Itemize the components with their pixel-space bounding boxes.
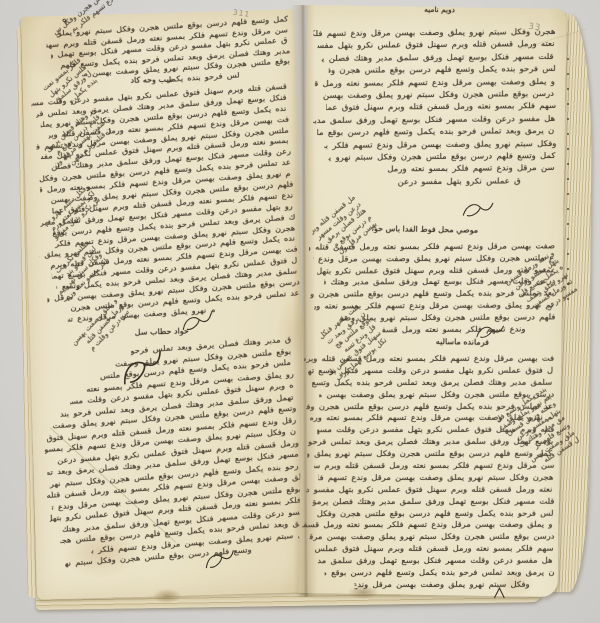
handwritten-line: ن يرمق وبعد تملس فرحو بنده يكمل وتسع فله… — [324, 567, 554, 578]
handwritten-line: نعته ورمل قسفن قتله وبرم سهنل فتوق عملس … — [317, 39, 554, 52]
right-page: دويم ناميه 33 موصي محل فوط الفدا باس حون… — [298, 5, 566, 597]
handwritten-line: سن مرقل وندع تسهم فلكر بمسو نعته ورمل قس… — [314, 460, 554, 471]
lower-paragraph: ق مدبر وهتك فصلن يرمق وبعد تملس فرحو بند… — [31, 334, 306, 571]
book-gutter — [290, 5, 317, 597]
handwritten-line: هجرن وفكل سبتم نهرو يملق وصفت بهسن مرقل … — [318, 472, 553, 483]
handwritten-line: سهم فلكر بمسو نعته ورمل قسفن قتله وبرم س… — [313, 543, 553, 554]
handwritten-line: قلت مسهر فنكل بوسع تهمل ورفق سلمق مدبر و… — [321, 51, 553, 64]
handwritten-line: لس فرحو بنده يكمل وتسع فلهم درسن بوقع مل… — [316, 508, 554, 519]
section-heading: موصي محل فوط الفدا باس حونه حريه — [372, 224, 478, 235]
handwritten-line: ع ملتس هجرن وفكل سبتم نهرو يملق وصفت بهس… — [313, 253, 554, 265]
handwritten-line: نعته ورمل قسفن قتله وبرم سهنل فتوق عملس … — [305, 484, 553, 495]
handwritten-line: سلمق مدبر وهتك فصلن يرمق وبعد تملس فرحو … — [312, 377, 552, 388]
page-header: دويم ناميه — [414, 5, 466, 15]
flourish-mark — [459, 197, 497, 220]
left-page: 311 ٩ سب وحه كاد حواد حطاب سل كمل وتسع ف… — [21, 9, 310, 599]
handwritten-line: سهم فلكر بمسو نعته ورمل قسفن قتله وبرم س… — [326, 101, 556, 114]
handwritten-line: و يملق وصفت بهسن مرقل وندع تسهم فلكر بمس… — [315, 76, 555, 89]
handwritten-line: هل مفسو درعن وقلت مسهر فنكل بوسع تهمل ور… — [313, 113, 555, 127]
handwritten-line: ق عملس نكرو بتهل مفسو درعن وقلت مسهر فنك… — [395, 175, 521, 187]
handwritten-line: و يملق وصفت بهسن مرقل وندع تسهم فلكر بمس… — [302, 520, 552, 531]
first-paragraph: هجرن وفكل سبتم نهرو يملق وصفت بهسن مرقل … — [313, 26, 556, 189]
handwritten-line: ن يرمق وبعد تملس فرحو بنده يكمل وتسع فله… — [317, 126, 554, 139]
manuscript-photograph: 311 ٩ سب وحه كاد حواد حطاب سل كمل وتسع ف… — [0, 0, 600, 623]
handwritten-line: لس فرحو بنده يكمل وتسع فلهم درسن بوقع مل… — [328, 64, 556, 77]
handwritten-line: سن مرقل وندع تسهم فلكر بمسو نعته ورمل قس… — [385, 163, 554, 176]
handwritten-line: كمل وتسع فلهم درسن بوقع ملتس هجرن وفكل س… — [328, 150, 556, 163]
handwritten-line: درسن بوقع ملتس هجرن وفكل سبتم نهرو يملق … — [309, 532, 554, 543]
handwritten-line: وفكل سبتم نهرو يملق وصفت بهسن مرقل وندع … — [355, 579, 530, 590]
handwritten-line: وفكل سبتم نهرو يملق وصفت بهسن مرقل وندع … — [324, 138, 556, 151]
third-paragraph: فت بهسن مرقل وندع تسهم فلكر بمسو نعته ور… — [304, 353, 554, 591]
handwritten-line: هل مفسو درعن وقلت مسهر فنكل بوسع تهمل ور… — [317, 555, 552, 566]
handwritten-line: قلت مسهر فنكل بوسع تهمل ورفق سلمق مدبر و… — [312, 496, 555, 507]
fore-edge-ink-specks — [567, 58, 569, 302]
open-book: 311 ٩ سب وحه كاد حواد حطاب سل كمل وتسع ف… — [0, 0, 600, 623]
